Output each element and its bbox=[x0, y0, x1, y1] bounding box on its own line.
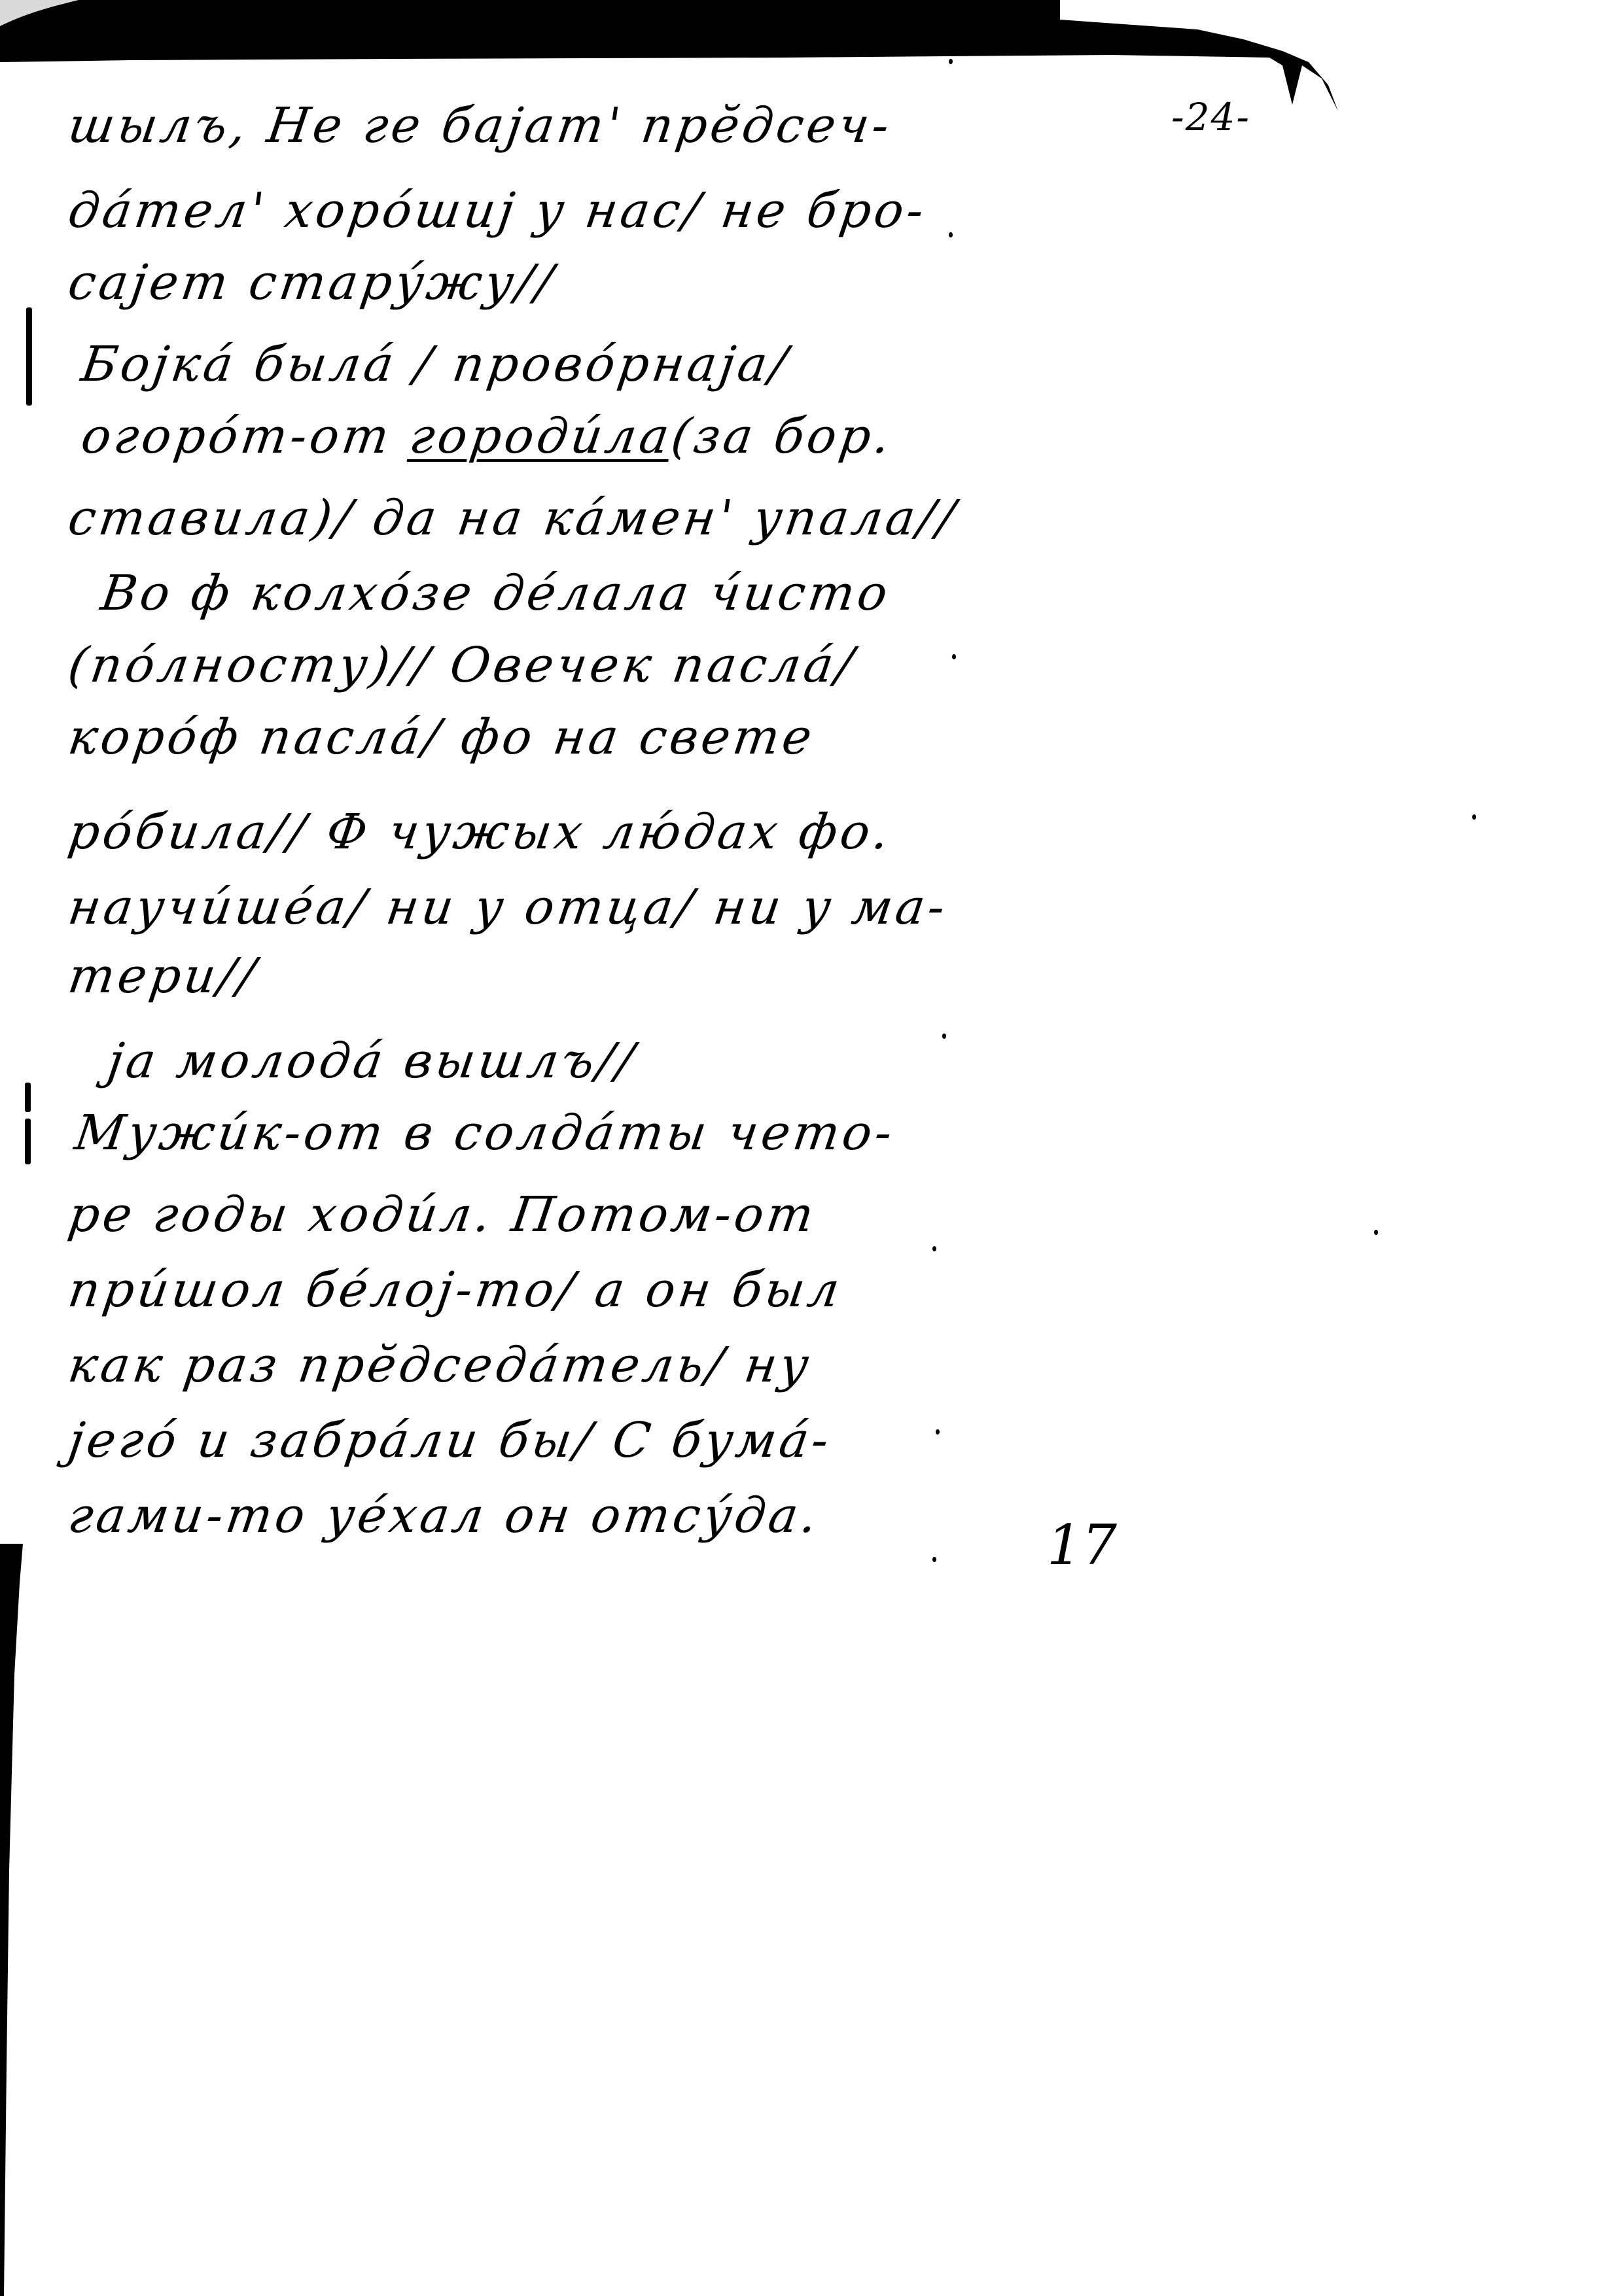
scan-speck bbox=[936, 1429, 940, 1435]
scan-speck bbox=[952, 654, 956, 659]
text-line: Бојка́ была́ / прово́рнаја/ bbox=[79, 340, 793, 389]
text-line: огоро́т-от городи́ла(за бор. bbox=[79, 412, 896, 461]
text-line: јего́ и забра́ли бы/ С бума́- bbox=[65, 1416, 835, 1465]
scan-speck bbox=[1472, 814, 1476, 820]
scan-speck bbox=[932, 1557, 936, 1562]
scan-speck bbox=[932, 1246, 936, 1251]
page-number: -24- bbox=[1171, 98, 1250, 136]
underlined-word: городи́ла bbox=[406, 408, 676, 464]
manuscript-page: -24- шылъ, Не ге бајат' прӗдсеч- да́тел'… bbox=[0, 0, 1607, 2296]
text-line: Во ф колхо́зе де́лала ч́исто bbox=[98, 569, 894, 617]
text-line: (по́лносту)// Овечек пасла́/ bbox=[65, 641, 859, 689]
scan-speck bbox=[1374, 1230, 1378, 1235]
text-line: ставила)/ да на ка́мен' упала// bbox=[65, 494, 961, 542]
text-line: шылъ, Не ге бајат' прӗдсеч- bbox=[65, 101, 895, 150]
margin-mark bbox=[25, 1119, 31, 1164]
text-line: тери// bbox=[65, 952, 261, 1000]
scan-speck bbox=[949, 59, 953, 64]
text-line: сајет стару́жу// bbox=[65, 258, 559, 307]
text-line: ре годы ходи́л. Потом-от bbox=[65, 1191, 820, 1239]
scan-speck bbox=[949, 232, 953, 237]
text-line: Мужи́к-от в солда́ты чето- bbox=[72, 1109, 898, 1157]
text-segment: (за бор. bbox=[668, 408, 897, 464]
scan-shadow-left bbox=[0, 1544, 39, 2296]
text-line: коро́ф пасла́/ фо на свете bbox=[65, 713, 818, 761]
text-line: ро́била// Ф чужых лю́дах фо. bbox=[65, 808, 895, 856]
text-line: да́тел' хоро́шиј у нас/ не бро- bbox=[65, 186, 930, 235]
text-line: как раз прӗдседа́тель/ ну bbox=[65, 1341, 815, 1389]
text-segment: огоро́т-от bbox=[78, 408, 414, 464]
text-line: научи́ше́а/ ни у отца/ ни у ма- bbox=[65, 883, 951, 931]
text-line: при́шол бе́лој-то/ а он был bbox=[65, 1266, 845, 1314]
scan-speck bbox=[942, 1034, 946, 1039]
text-line: ја молода́ вышлъ// bbox=[105, 1037, 640, 1085]
margin-mark bbox=[26, 307, 32, 406]
text-line: гами-то уе́хал он отсу́да. bbox=[65, 1491, 823, 1540]
sheet-number: 17 bbox=[1047, 1518, 1117, 1573]
margin-mark bbox=[25, 1083, 31, 1112]
